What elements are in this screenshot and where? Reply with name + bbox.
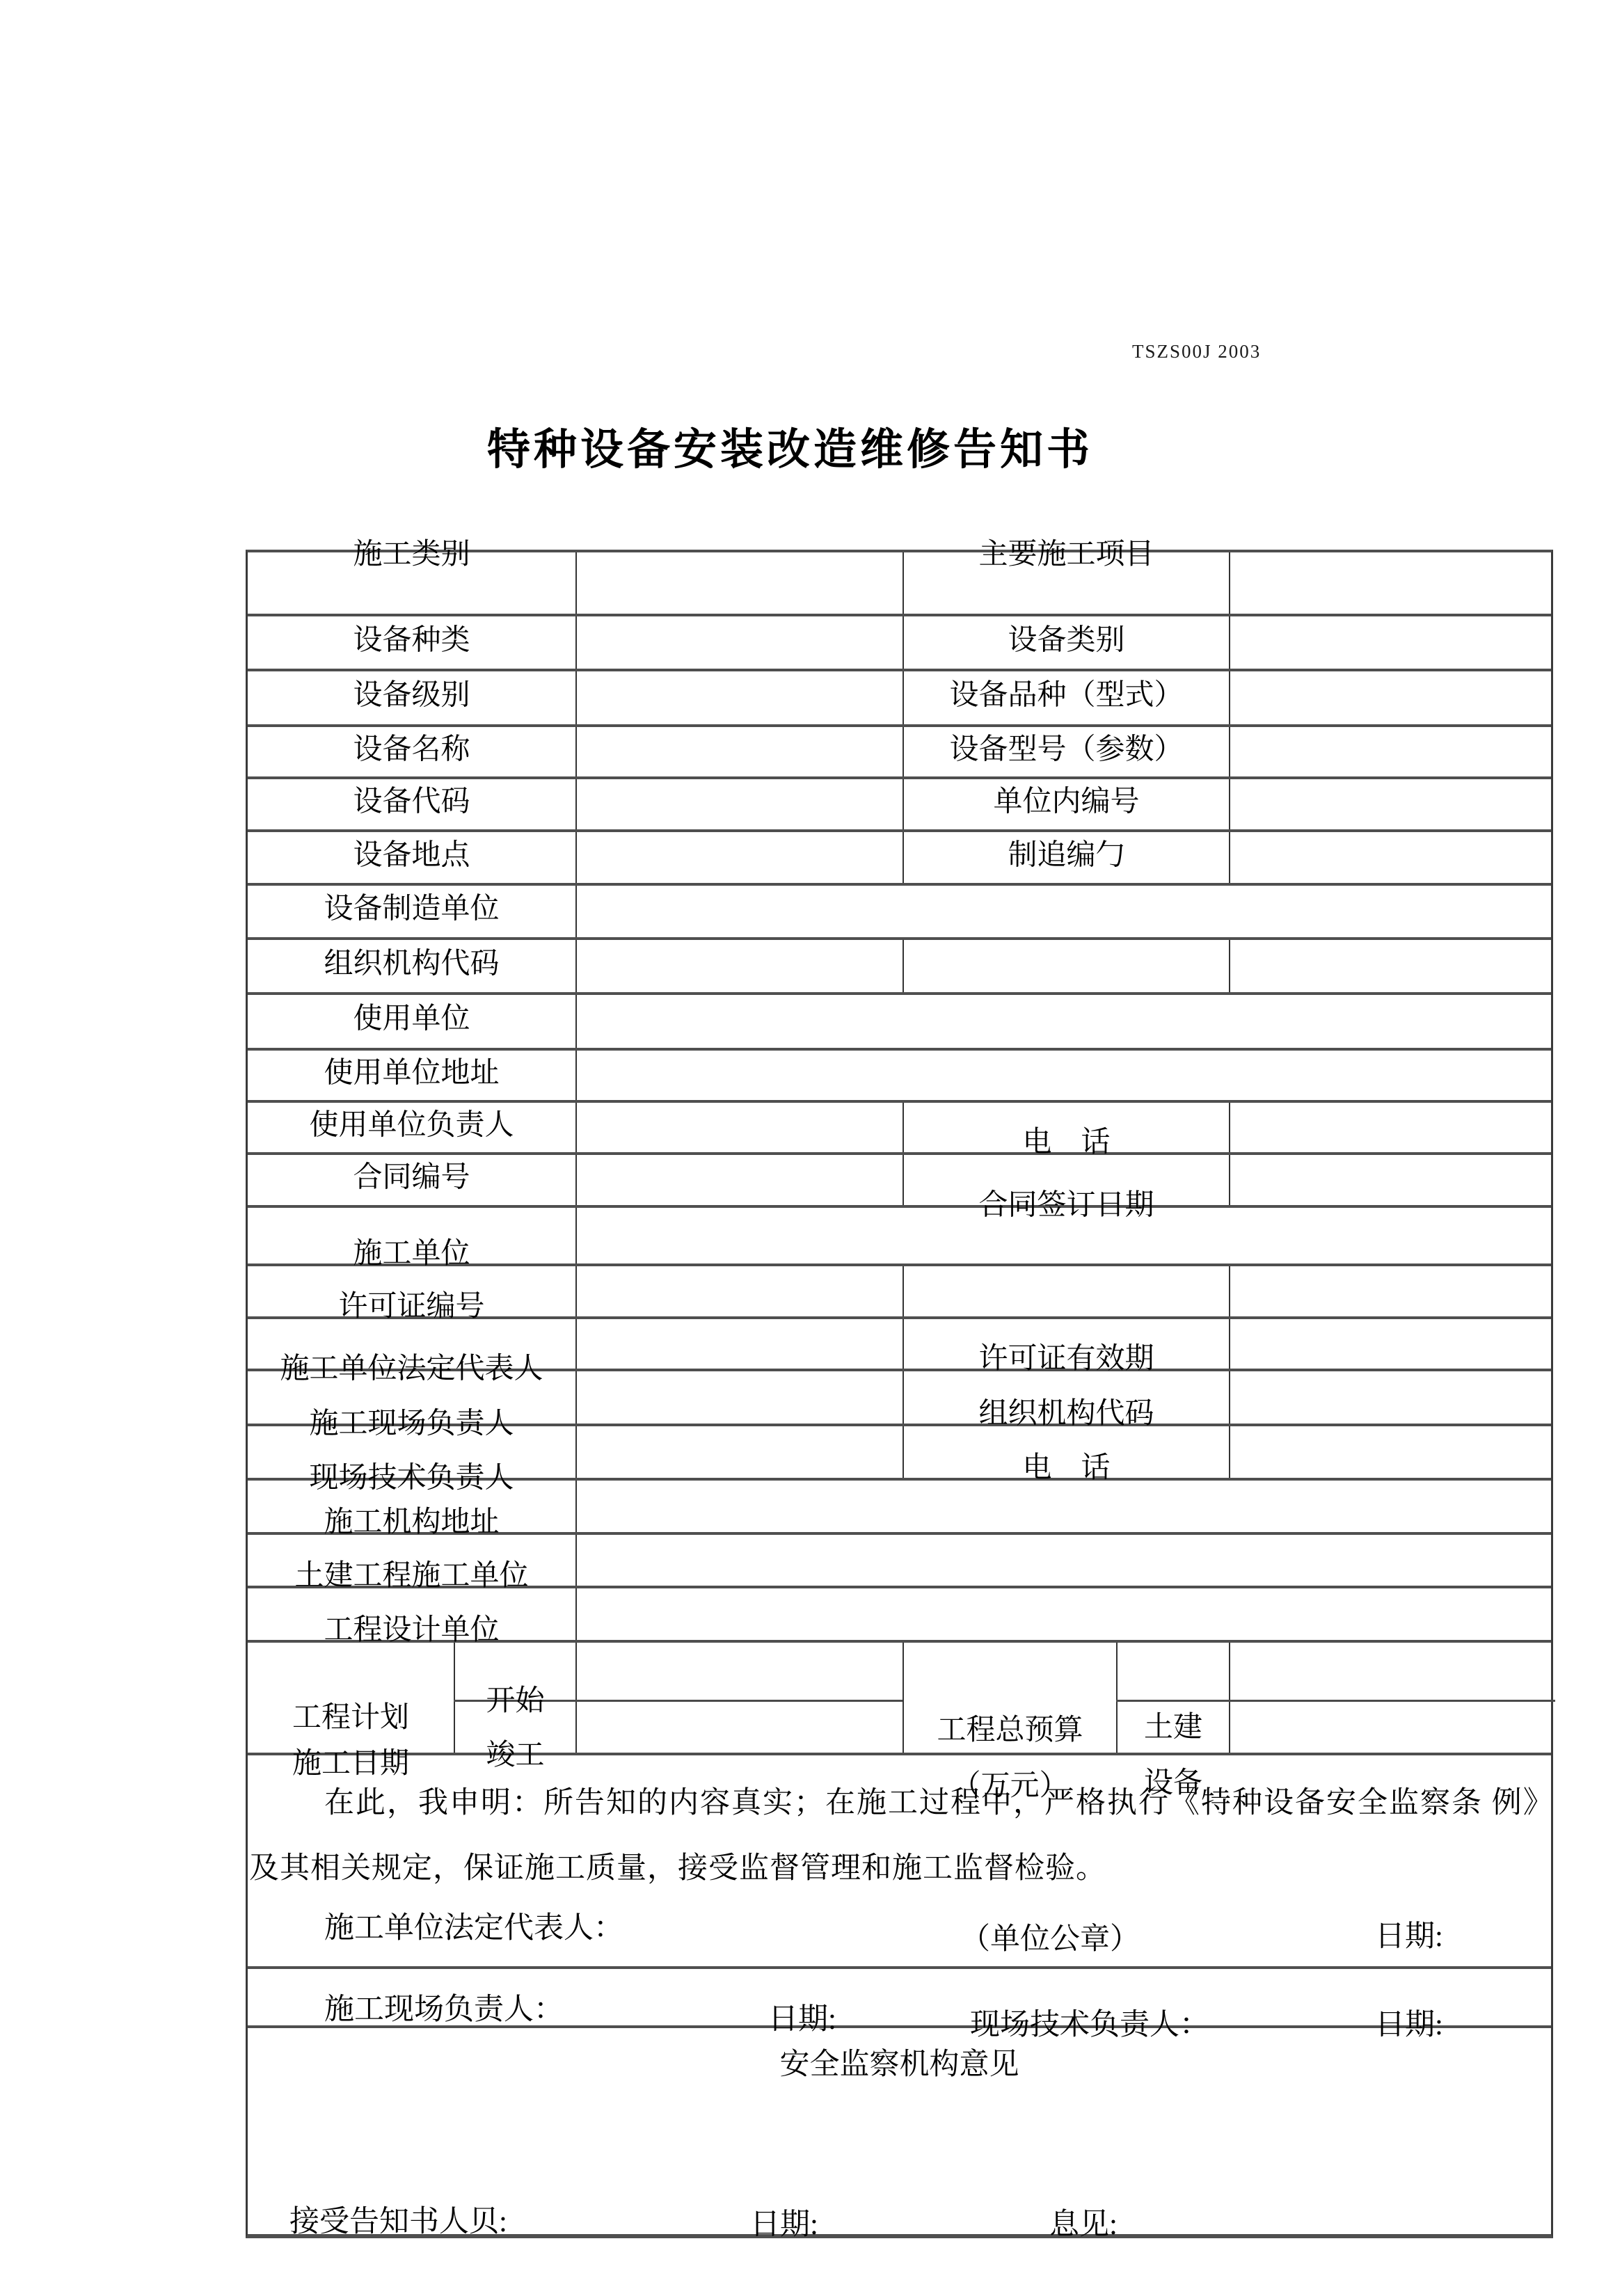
- label-start: 开始: [455, 1677, 575, 1719]
- label-main-project: 主要施工项目: [904, 539, 1229, 571]
- label-cell: 土建工程施工单位: [248, 1535, 575, 1586]
- value-cell: [1229, 671, 1555, 724]
- label-total-budget: 工程总预算: [904, 1707, 1116, 1748]
- table-row: 施工单位法定代表人 许可证有效期: [248, 1316, 1551, 1369]
- label-cell: 设备地点: [248, 832, 575, 883]
- label-cell: 土建 设备: [1116, 1643, 1229, 1753]
- sign-date-3: 日期:: [1375, 2001, 1443, 2043]
- table-row: 施工单位: [248, 1205, 1551, 1263]
- value-cell: [1229, 779, 1555, 829]
- label-equipment-grade: 设备级别: [248, 680, 575, 712]
- table-row: 使用单位: [248, 992, 1551, 1048]
- sign-receiver: 接受告知书人贝:: [289, 2198, 507, 2240]
- label-license-no: 许可证编号: [248, 1291, 575, 1323]
- value-cell: [575, 1103, 903, 1152]
- label-cell: 组织机构代码: [903, 1371, 1229, 1424]
- value-cell: [575, 1481, 1555, 1532]
- label-cell: 使用单位负责人: [248, 1103, 575, 1152]
- value-cell: [1229, 832, 1555, 883]
- label-cell: 合同签订日期: [903, 1155, 1229, 1205]
- table-row: 土建工程施工单位: [248, 1532, 1551, 1586]
- label-cell: 设备代码: [248, 779, 575, 829]
- value-cell: [1229, 1426, 1555, 1478]
- label-cell: 设备级别: [248, 671, 575, 724]
- page-title: 特种设备安装改造维修告知书: [487, 415, 1093, 477]
- table-row: 工程设计单位: [248, 1586, 1551, 1640]
- label-user-unit-address: 使用单位地址: [248, 1057, 575, 1090]
- label-construction-date: 施工日期: [248, 1740, 454, 1782]
- value-cell: [575, 886, 1555, 937]
- label-cell: 制追编勹: [903, 832, 1229, 883]
- value-cell: [575, 616, 903, 669]
- label-equipment-model: 设备型号（参数）: [904, 733, 1229, 766]
- label-construction-unit: 施工单位: [248, 1238, 575, 1270]
- project-plan-row: 工程计划 施工日期 开始 竣工 工程总预算 （万元） 土建 设备: [248, 1640, 1551, 1753]
- table-row: 设备种类 设备类别: [248, 614, 1551, 669]
- label-equipment-name: 设备名称: [248, 733, 575, 766]
- value-cell: [575, 940, 903, 992]
- value-cell: [1229, 616, 1555, 669]
- declaration-line-1: 在此，我申明：所告知的内容真实；在施工过程中，严格执行《特种设备安全监察条 例》: [324, 1779, 1555, 1821]
- table-row: 设备名称 设备型号（参数）: [248, 724, 1551, 776]
- value-cell: [575, 1155, 903, 1205]
- label-cell: 电 话: [903, 1103, 1229, 1152]
- sign-site-head: 施工现场负责人：: [324, 1986, 564, 2028]
- label-cell: 设备制造单位: [248, 886, 575, 937]
- label-equipment-variety: 设备品种（型式）: [904, 680, 1229, 712]
- safety-opinion-section: 安全监察机构意见 接受告知书人贝: 日期: 息见:: [248, 2025, 1551, 2241]
- value-cell: [575, 727, 903, 776]
- label-phone-2: 电 话: [904, 1452, 1229, 1485]
- value-cell: [575, 832, 903, 883]
- value-cell: [575, 1371, 903, 1424]
- label-cell: 工程总预算 （万元）: [903, 1643, 1116, 1753]
- label-civil-works-unit: 土建工程施工单位: [248, 1560, 575, 1593]
- label-finish: 竣工: [455, 1732, 575, 1773]
- label-cell: 组织机构代码: [248, 940, 575, 992]
- value-cell: [1229, 727, 1555, 776]
- table-row: 施工类别 主要施工项目: [248, 552, 1551, 614]
- plan-subdivider-right: [1116, 1700, 1555, 1702]
- label-cell: 开始 竣工: [454, 1643, 575, 1753]
- label-unit-internal-no: 单位内编号: [904, 786, 1229, 819]
- label-civil: 土建: [1118, 1704, 1229, 1746]
- value-cell: [575, 1319, 903, 1369]
- table-row: 设备代码 单位内编号: [248, 776, 1551, 829]
- label-contract-no: 合同编号: [248, 1162, 575, 1195]
- table-row: 设备制造单位: [248, 883, 1551, 937]
- value-cell: [575, 1588, 1555, 1640]
- value-cell: [1229, 940, 1555, 992]
- value-cell: [1229, 1103, 1555, 1152]
- value-cell: [903, 940, 1229, 992]
- value-cell: [575, 995, 1555, 1048]
- label-cell: 使用单位: [248, 995, 575, 1048]
- label-cell: 设备型号（参数）: [903, 727, 1229, 776]
- label-cell: 设备名称: [248, 727, 575, 776]
- label-equipment-category: 设备类别: [904, 624, 1229, 657]
- label-cell: 许可证有效期: [903, 1319, 1229, 1369]
- label-manufacture-no: 制追编勹: [904, 839, 1229, 872]
- label-user-unit-head: 使用单位负责人: [248, 1109, 575, 1142]
- label-tech-head: 现场技术负责人: [248, 1462, 575, 1494]
- value-cell: [1229, 1266, 1555, 1316]
- value-cell: [575, 671, 903, 724]
- label-org-address: 施工机构地址: [248, 1506, 575, 1539]
- table-row: 使用单位地址: [248, 1048, 1551, 1100]
- table-row: 组织机构代码: [248, 937, 1551, 992]
- label-construction-type: 施工类别: [248, 539, 575, 571]
- sign-date-2: 日期:: [768, 1995, 836, 2038]
- label-cell: 合同编号: [248, 1155, 575, 1205]
- label-project-plan: 工程计划: [248, 1694, 454, 1736]
- label-phone: 电 话: [904, 1126, 1229, 1159]
- label-org-code: 组织机构代码: [248, 948, 575, 980]
- label-cell: 施工单位: [248, 1208, 575, 1263]
- value-cell: [1229, 1155, 1555, 1205]
- label-site-head: 施工现场负责人: [248, 1408, 575, 1440]
- document-page: { "header": { "document_code": "TSZS00J …: [0, 0, 1622, 2296]
- sign-tech-head: 现场技术负责人：: [970, 2001, 1209, 2043]
- label-equipment-kind: 设备种类: [248, 624, 575, 657]
- label-cell: 设备种类: [248, 616, 575, 669]
- value-cell: [575, 1535, 1555, 1586]
- value-cell: [575, 552, 903, 614]
- table-row: 合同编号 合同签订日期: [248, 1152, 1551, 1205]
- value-cell: [575, 1643, 903, 1753]
- label-cell: 工程计划 施工日期: [248, 1643, 454, 1753]
- label-license-validity: 许可证有效期: [904, 1343, 1229, 1376]
- signature-row: 施工现场负责人： 日期: 现场技术负责人： 日期:: [248, 1966, 1551, 2025]
- label-cell: 电 话: [903, 1426, 1229, 1478]
- label-contract-date: 合同签订日期: [904, 1189, 1229, 1222]
- safety-section-title: 安全监察机构意见: [248, 2041, 1551, 2083]
- label-manufacturer: 设备制造单位: [248, 893, 575, 926]
- label-org-code-2: 组织机构代码: [904, 1398, 1229, 1430]
- value-cell: [575, 1266, 903, 1316]
- sign-unit-seal: （单位公章）: [960, 1915, 1140, 1958]
- label-cell: 主要施工项目: [903, 552, 1229, 614]
- table-row: 许可证编号: [248, 1263, 1551, 1316]
- label-cell: 施工单位法定代表人: [248, 1319, 575, 1369]
- label-cell: 工程设计单位: [248, 1588, 575, 1640]
- value-cell: [1229, 1371, 1555, 1424]
- declaration-section: 在此，我申明：所告知的内容真实；在施工过程中，严格执行《特种设备安全监察条 例》…: [248, 1753, 1551, 1966]
- label-cell: 施工类别: [248, 552, 575, 614]
- label-cell: 设备类别: [903, 616, 1229, 669]
- label-cell: 单位内编号: [903, 779, 1229, 829]
- document-code: TSZS00J 2003: [1132, 341, 1261, 362]
- sign-legal-representative: 施工单位法定代表人：: [324, 1904, 623, 1947]
- value-cell: [903, 1266, 1229, 1316]
- value-cell: [575, 1426, 903, 1478]
- label-cell: 设备品种（型式）: [903, 671, 1229, 724]
- label-design-unit: 工程设计单位: [248, 1614, 575, 1647]
- value-cell: [1229, 552, 1555, 614]
- sign-date-4: 日期:: [750, 2201, 818, 2243]
- table-row: 设备级别 设备品种（型式）: [248, 669, 1551, 724]
- value-cell: [575, 779, 903, 829]
- table-row: 设备地点 制追编勹: [248, 829, 1551, 883]
- sign-opinion: 息见:: [1049, 2201, 1118, 2243]
- label-equipment-location: 设备地点: [248, 839, 575, 872]
- label-cell: 许可证编号: [248, 1266, 575, 1316]
- label-legal-representative: 施工单位法定代表人: [248, 1353, 575, 1385]
- sign-date-1: 日期:: [1375, 1913, 1443, 1955]
- label-equipment-code: 设备代码: [248, 786, 575, 819]
- value-cell: [1229, 1319, 1555, 1369]
- label-user-unit: 使用单位: [248, 1003, 575, 1036]
- label-cell: 使用单位地址: [248, 1051, 575, 1100]
- notification-form-table: 施工类别 主要施工项目 设备种类 设备类别 设备级别 设备品种（型式） 设备名称…: [246, 550, 1553, 2238]
- value-cell: [1229, 1643, 1555, 1753]
- table-row: 使用单位负责人 电 话: [248, 1100, 1551, 1152]
- value-cell: [575, 1051, 1555, 1100]
- declaration-line-2: 及其相关规定，保证施工质量，接受监督管理和施工监督检验。: [249, 1844, 1106, 1887]
